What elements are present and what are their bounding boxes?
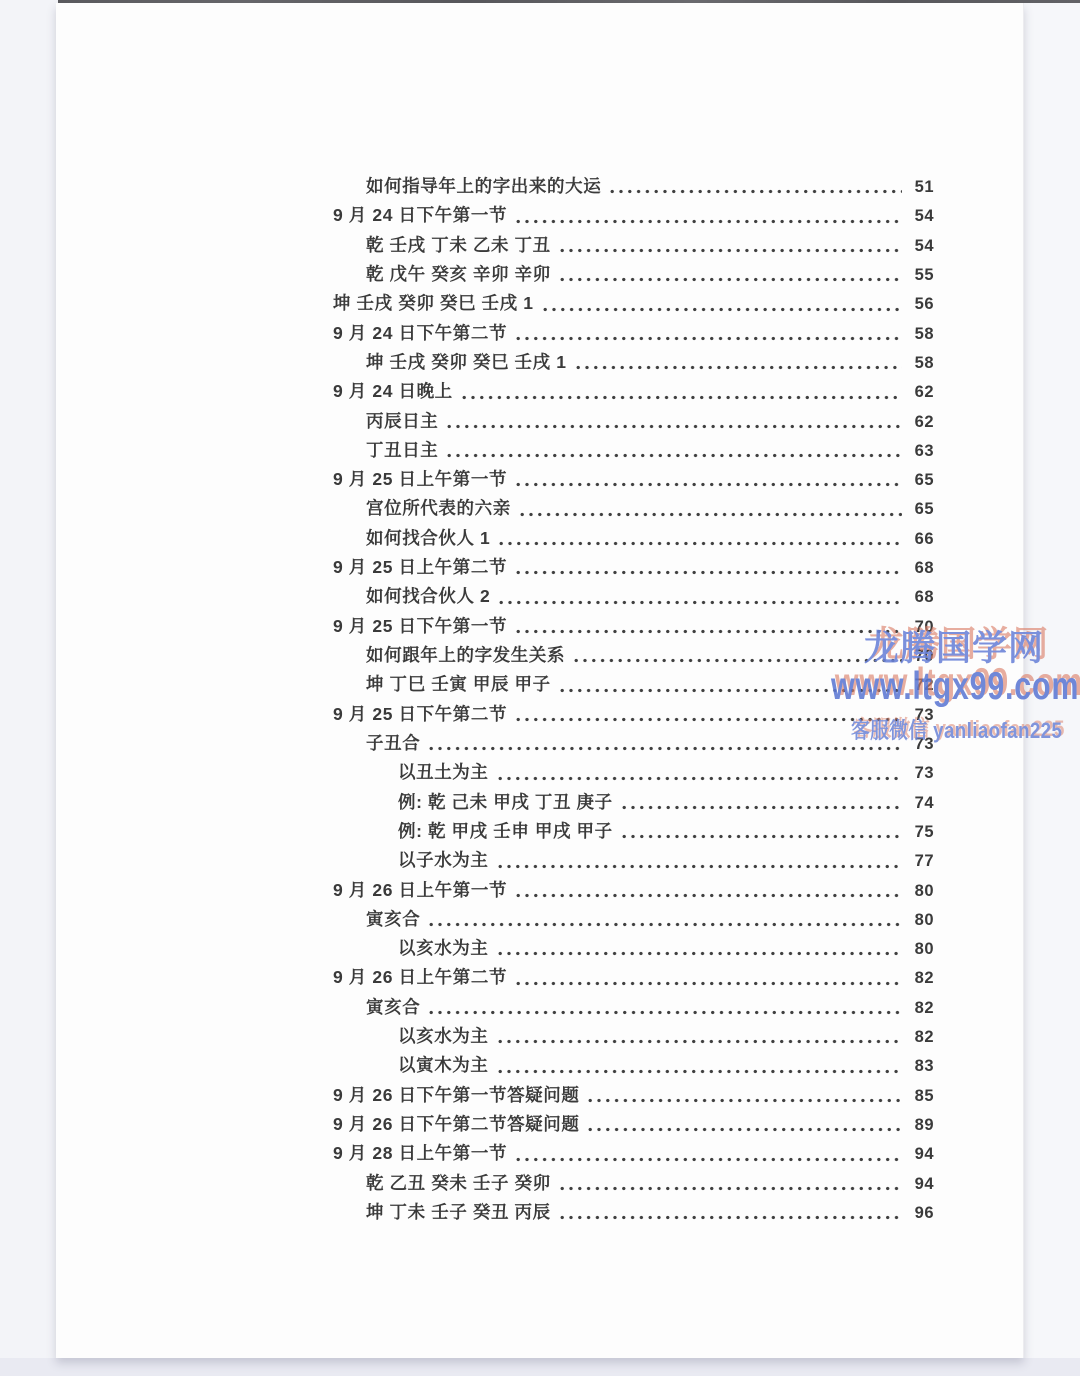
toc-entry-page: 72: [908, 671, 934, 700]
dot-leader: [516, 980, 902, 987]
toc-entry-title: 以寅木为主: [398, 1051, 489, 1080]
dot-leader: [610, 188, 902, 195]
toc-entry-title: 坤 壬戌 癸卯 癸巳 壬戌 1: [333, 289, 534, 318]
dot-leader: [520, 511, 902, 518]
dot-leader: [429, 921, 902, 928]
toc-entry-title: 9 月 26 日上午第一节: [333, 876, 507, 905]
toc-row: 例: 乾 甲戌 壬申 甲戌 甲子75: [333, 817, 934, 846]
toc-entry-page: 65: [908, 495, 934, 524]
toc-entry-page: 62: [908, 408, 934, 437]
toc-entry-page: 80: [908, 906, 934, 935]
toc-row: 以亥水为主82: [333, 1022, 934, 1051]
toc-row: 如何跟年上的字发生关系70: [333, 641, 934, 670]
toc-entry-page: 77: [908, 847, 934, 876]
toc-row: 如何找合伙人 166: [333, 524, 934, 553]
dot-leader: [560, 687, 902, 694]
dot-leader: [588, 1126, 902, 1133]
toc-entry-title: 9 月 26 日上午第二节: [333, 963, 507, 992]
toc-row: 坤 壬戌 癸卯 癸巳 壬戌 156: [333, 289, 934, 318]
toc-row: 乾 壬戌 丁未 乙未 丁丑54: [333, 231, 934, 260]
toc-entry-page: 65: [908, 466, 934, 495]
toc-entry-page: 82: [908, 994, 934, 1023]
dot-leader: [516, 892, 902, 899]
toc-entry-page: 68: [908, 554, 934, 583]
toc-entry-page: 54: [908, 232, 934, 261]
dot-leader: [498, 950, 903, 957]
toc-row: 9 月 25 日上午第二节68: [333, 553, 934, 582]
dot-leader: [429, 1009, 902, 1016]
toc-entry-page: 58: [908, 349, 934, 378]
toc-row: 以亥水为主80: [333, 934, 934, 963]
toc-entry-page: 73: [908, 759, 934, 788]
toc-row: 寅亥合80: [333, 905, 934, 934]
dot-leader: [447, 423, 902, 430]
toc-entry-page: 54: [908, 202, 934, 231]
toc-entry-title: 坤 丁未 壬子 癸丑 丙辰: [366, 1198, 551, 1227]
scanned-page: 如何指导年上的字出来的大运519 月 24 日下午第一节54乾 壬戌 丁未 乙未…: [0, 0, 1080, 1376]
toc-entry-page: 70: [908, 642, 934, 671]
toc-entry-page: 80: [908, 935, 934, 964]
toc-entry-title: 以亥水为主: [398, 1022, 489, 1051]
toc-row: 9 月 24 日下午第一节54: [333, 201, 934, 230]
toc-row: 如何找合伙人 268: [333, 582, 934, 611]
toc-row: 9 月 26 日上午第二节82: [333, 963, 934, 992]
dot-leader: [516, 218, 902, 225]
toc-entry-page: 66: [908, 525, 934, 554]
toc-row: 寅亥合82: [333, 993, 934, 1022]
toc-row: 丙辰日主62: [333, 407, 934, 436]
dot-leader: [560, 1214, 902, 1221]
toc-entry-page: 82: [908, 1023, 934, 1052]
toc-row: 例: 乾 己未 甲戌 丁丑 庚子74: [333, 788, 934, 817]
dot-leader: [622, 804, 902, 811]
toc-row: 以寅木为主83: [333, 1051, 934, 1080]
toc-entry-title: 乾 戊午 癸亥 辛卯 辛卯: [366, 260, 551, 289]
dot-leader: [574, 657, 902, 664]
page-right-margin: [1023, 0, 1080, 1360]
toc-entry-title: 例: 乾 己未 甲戌 丁丑 庚子: [398, 788, 613, 817]
dot-leader: [499, 599, 902, 606]
dot-leader: [516, 335, 902, 342]
dot-leader: [560, 247, 902, 254]
toc-entry-title: 丙辰日主: [366, 407, 438, 436]
toc-entry-title: 9 月 26 日下午第一节答疑问题: [333, 1081, 579, 1110]
toc-entry-page: 73: [908, 701, 934, 730]
toc-entry-title: 9 月 25 日上午第二节: [333, 553, 507, 582]
dot-leader: [498, 1038, 903, 1045]
dot-leader: [543, 306, 902, 313]
toc-entry-title: 9 月 24 日晚上: [333, 377, 453, 406]
toc-row: 9 月 25 日上午第一节65: [333, 465, 934, 494]
toc-entry-page: 94: [908, 1140, 934, 1169]
toc-entry-page: 94: [908, 1170, 934, 1199]
toc-entry-page: 74: [908, 789, 934, 818]
toc-entry-page: 75: [908, 818, 934, 847]
toc-entry-title: 坤 壬戌 癸卯 癸巳 壬戌 1: [366, 348, 567, 377]
toc-entry-page: 73: [908, 730, 934, 759]
toc-entry-title: 以子水为主: [398, 846, 489, 875]
toc-entry-page: 85: [908, 1082, 934, 1111]
toc-row: 坤 丁巳 壬寅 甲辰 甲子72: [333, 670, 934, 699]
toc-row: 9 月 26 日下午第一节答疑问题85: [333, 1081, 934, 1110]
toc-row: 如何指导年上的字出来的大运51: [333, 172, 934, 201]
page-bottom-margin: [0, 1358, 1080, 1376]
toc-list: 如何指导年上的字出来的大运519 月 24 日下午第一节54乾 壬戌 丁未 乙未…: [333, 172, 934, 1227]
toc-row: 以丑土为主73: [333, 758, 934, 787]
toc-row: 子丑合73: [333, 729, 934, 758]
toc-entry-title: 乾 乙丑 癸未 壬子 癸卯: [366, 1169, 551, 1198]
toc-entry-page: 70: [908, 613, 934, 642]
dot-leader: [516, 481, 902, 488]
toc-row: 坤 丁未 壬子 癸丑 丙辰96: [333, 1198, 934, 1227]
dot-leader: [498, 1068, 903, 1075]
toc-entry-title: 如何指导年上的字出来的大运: [366, 172, 601, 201]
dot-leader: [447, 452, 902, 459]
toc-entry-title: 寅亥合: [366, 993, 420, 1022]
toc-entry-page: 68: [908, 583, 934, 612]
dot-leader: [516, 569, 902, 576]
toc-entry-page: 62: [908, 378, 934, 407]
toc-row: 9 月 25 日下午第一节70: [333, 612, 934, 641]
toc-entry-title: 子丑合: [366, 729, 420, 758]
toc-entry-title: 寅亥合: [366, 905, 420, 934]
toc-row: 9 月 28 日上午第一节94: [333, 1139, 934, 1168]
toc-entry-title: 9 月 28 日上午第一节: [333, 1139, 507, 1168]
toc-entry-title: 9 月 25 日下午第二节: [333, 700, 507, 729]
toc-row: 9 月 24 日下午第二节58: [333, 319, 934, 348]
dot-leader: [498, 863, 903, 870]
toc-entry-title: 如何找合伙人 2: [366, 582, 490, 611]
toc-row: 宫位所代表的六亲65: [333, 494, 934, 523]
dot-leader: [516, 628, 902, 635]
toc-entry-title: 9 月 26 日下午第二节答疑问题: [333, 1110, 579, 1139]
toc-row: 9 月 25 日下午第二节73: [333, 700, 934, 729]
toc-entry-page: 83: [908, 1052, 934, 1081]
toc-entry-title: 9 月 25 日上午第一节: [333, 465, 507, 494]
page-top-edge: [58, 0, 1080, 3]
toc-row: 9 月 26 日下午第二节答疑问题89: [333, 1110, 934, 1139]
toc-row: 丁丑日主63: [333, 436, 934, 465]
toc-entry-page: 58: [908, 320, 934, 349]
toc-row: 9 月 24 日晚上62: [333, 377, 934, 406]
toc-entry-page: 51: [908, 173, 934, 202]
toc-entry-page: 96: [908, 1199, 934, 1228]
toc-entry-title: 9 月 25 日下午第一节: [333, 612, 507, 641]
dot-leader: [560, 276, 902, 283]
toc-entry-title: 以亥水为主: [398, 934, 489, 963]
toc-entry-title: 乾 壬戌 丁未 乙未 丁丑: [366, 231, 551, 260]
toc-entry-title: 9 月 24 日下午第一节: [333, 201, 507, 230]
toc-row: 以子水为主77: [333, 846, 934, 875]
toc-entry-title: 坤 丁巳 壬寅 甲辰 甲子: [366, 670, 551, 699]
toc-row: 乾 戊午 癸亥 辛卯 辛卯55: [333, 260, 934, 289]
dot-leader: [576, 364, 902, 371]
toc-entry-title: 宫位所代表的六亲: [366, 494, 511, 523]
dot-leader: [429, 745, 902, 752]
dot-leader: [622, 833, 902, 840]
toc-entry-title: 9 月 24 日下午第二节: [333, 319, 507, 348]
dot-leader: [588, 1097, 902, 1104]
toc-entry-title: 如何找合伙人 1: [366, 524, 490, 553]
toc-entry-page: 55: [908, 261, 934, 290]
toc-entry-title: 如何跟年上的字发生关系: [366, 641, 565, 670]
toc-row: 乾 乙丑 癸未 壬子 癸卯94: [333, 1169, 934, 1198]
dot-leader: [560, 1185, 902, 1192]
toc-row: 坤 壬戌 癸卯 癸巳 壬戌 158: [333, 348, 934, 377]
toc-entry-page: 82: [908, 964, 934, 993]
toc-row: 9 月 26 日上午第一节80: [333, 876, 934, 905]
toc-entry-title: 丁丑日主: [366, 436, 438, 465]
dot-leader: [516, 716, 902, 723]
dot-leader: [516, 1156, 902, 1163]
toc-entry-page: 56: [908, 290, 934, 319]
dot-leader: [462, 394, 902, 401]
toc-entry-title: 例: 乾 甲戌 壬申 甲戌 甲子: [398, 817, 613, 846]
toc-entry-page: 89: [908, 1111, 934, 1140]
toc-entry-title: 以丑土为主: [398, 758, 489, 787]
dot-leader: [498, 775, 903, 782]
dot-leader: [499, 540, 902, 547]
toc-entry-page: 80: [908, 877, 934, 906]
toc-entry-page: 63: [908, 437, 934, 466]
paper-sheet: 如何指导年上的字出来的大运519 月 24 日下午第一节54乾 壬戌 丁未 乙未…: [56, 3, 1024, 1358]
